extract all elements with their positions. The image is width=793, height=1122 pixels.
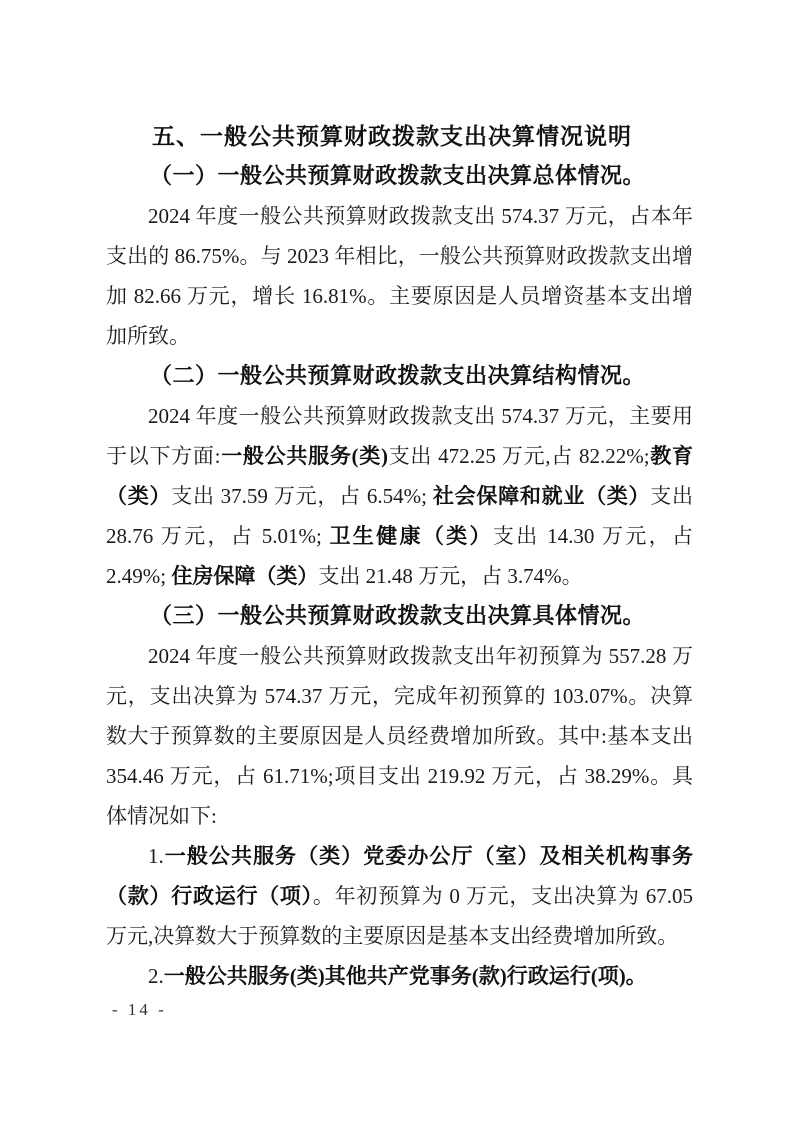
section-3-item-2: 2.一般公共服务(类)其他共产党事务(款)行政运行(项)。: [106, 956, 693, 996]
section-2-paragraph: 2024 年度一般公共预算财政拨款支出 574.37 万元，主要用于以下方面:一…: [106, 396, 693, 596]
item-number: 1.: [148, 844, 164, 868]
category-name: 社会保障和就业（类）: [433, 484, 650, 508]
section-1-paragraph: 2024 年度一般公共预算财政拨款支出 574.37 万元，占本年支出的 86.…: [106, 196, 693, 356]
main-heading: 五、一般公共预算财政拨款支出决算情况说明: [106, 116, 693, 156]
budget-line-title: 一般公共服务(类)其他共产党事务(款)行政运行(项)。: [164, 964, 647, 988]
text-run: 支出 37.59 万元，占 6.54%;: [171, 484, 433, 508]
item-number: 2.: [148, 964, 164, 988]
text-run: 支出 21.48 万元，占 3.74%。: [318, 564, 582, 588]
category-name: 住房保障（类）: [171, 564, 318, 588]
document-content: 五、一般公共预算财政拨款支出决算情况说明 （一）一般公共预算财政拨款支出决算总体…: [106, 116, 693, 996]
section-3-item-1: 1.一般公共服务（类）党委办公厅（室）及相关机构事务（款）行政运行（项）。年初预…: [106, 836, 693, 956]
text-run: 支出 472.25 万元,占 82.22%;: [388, 444, 650, 468]
section-3-paragraph: 2024 年度一般公共预算财政拨款支出年初预算为 557.28 万元，支出决算为…: [106, 636, 693, 836]
section-3-heading: （三）一般公共预算财政拨款支出决算具体情况。: [106, 596, 693, 636]
category-name: 一般公共服务(类): [220, 444, 388, 468]
page-number: - 14 -: [112, 1000, 167, 1020]
section-1-heading: （一）一般公共预算财政拨款支出决算总体情况。: [106, 156, 693, 196]
category-name: 卫生健康（类）: [329, 524, 492, 548]
document-page: 五、一般公共预算财政拨款支出决算情况说明 （一）一般公共预算财政拨款支出决算总体…: [0, 0, 793, 1122]
section-2-heading: （二）一般公共预算财政拨款支出决算结构情况。: [106, 356, 693, 396]
